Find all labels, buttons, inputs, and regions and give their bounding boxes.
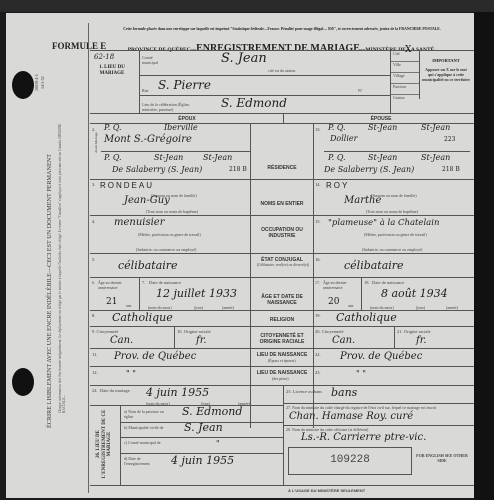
epoux-age-label: Âge au dernier anniversaire xyxy=(98,280,136,290)
lieu-naissance-label: LIEU DE NAISSANCE xyxy=(252,352,312,358)
code-number: 62-18 xyxy=(94,53,114,61)
epoux-date-naissance: 12 juillet 1933 xyxy=(156,287,237,300)
type-canton[interactable]: Canton xyxy=(391,95,419,105)
citoyennete-label: CITOYENNETÉ ET ORIGINE RACIALE xyxy=(252,333,312,345)
epoux-religion: Catholique xyxy=(112,311,173,324)
epoux-avant-comte: Iberville xyxy=(164,123,198,132)
naissance-label: ÂGE ET DATE DE NAISSANCE xyxy=(252,294,312,306)
epoux-orig-label: Origine raciale xyxy=(184,329,211,334)
epoux-apres-rue: De Salaberry (S. Jean) xyxy=(112,165,202,174)
form-reference-2: 14-5-52 xyxy=(40,76,45,89)
epouse-apres-no: 218 B xyxy=(442,166,460,173)
epoux-apres-no: 218 B xyxy=(229,166,247,173)
comte-municipal-value: " xyxy=(216,439,220,448)
punch-hole xyxy=(12,368,34,396)
avant-label: Avant Mariage xyxy=(94,132,98,153)
epouse-apres-comte: St-Jean xyxy=(368,153,397,162)
rue-value: S. Pierre xyxy=(158,78,211,92)
epoux-avant-province: P. Q. xyxy=(104,123,122,132)
etat-sublabel: (Célibataire, veuf(ve) ou divorcé(e)) xyxy=(256,263,310,268)
form-reference: 10039-4-5 xyxy=(34,74,39,91)
epouse-age: 20 xyxy=(328,297,339,307)
celebration-value: S. Edmond xyxy=(221,96,287,110)
type-cite[interactable]: CitéX xyxy=(391,51,419,62)
scan-top-border xyxy=(0,0,494,12)
epouse-apres-rue: De Salaberry (S. Jean) xyxy=(324,165,414,174)
comte-value: S. Jean xyxy=(221,51,267,66)
epoux-industrie-label: (Industrie, ou commerce ou employé) xyxy=(136,247,196,252)
noms-label: NOMS EN ENTIER xyxy=(252,201,312,207)
epoux-avant-rue: Mont S.-Grégoire xyxy=(104,134,192,145)
lieu-naissance-peres-label: LIEU DE NAISSANCE xyxy=(252,370,312,376)
officiant-value: Ls.-R. Carrierre ptre-vic. xyxy=(301,432,426,443)
comte-municipal-label: c) Comté municipal de xyxy=(124,440,164,445)
cite-label: cité ou du canton xyxy=(268,68,295,73)
epouse-date-naissance: 8 août 1934 xyxy=(381,287,448,300)
epouse-citoyennete: Can. xyxy=(332,335,355,346)
permanent-document-notice: ÉCRIRE LISIBLEMENT AVEC UNE ENCRE INDÉLÉ… xyxy=(46,154,53,428)
celebration-label: Lieu de la célébration (Église, ministèr… xyxy=(142,102,202,112)
epoux-date-label: Date de naissance xyxy=(149,280,181,285)
epouse-orig-label: Origine raciale xyxy=(404,329,431,334)
epouse-apres-province: P. Q. xyxy=(328,153,346,162)
epouse-avant-rue: Dollier xyxy=(330,134,357,143)
epouse-industrie-label: (Industrie, ou commerce ou employé) xyxy=(362,247,422,252)
type-ville[interactable]: Ville xyxy=(391,62,419,73)
date-mariage-value: 4 juin 1955 xyxy=(146,386,209,399)
residence-label: RÉSIDENCE xyxy=(252,165,312,171)
epouse-avant-comte: St-Jean xyxy=(368,123,397,132)
municipalite-label: b) Municipalité civile de xyxy=(124,425,164,430)
checked-mark: X xyxy=(405,48,411,53)
english-notice: FOR ENGLISH SEE OTHER SIDE xyxy=(414,453,470,463)
epoux-prenom: Jean-Guy xyxy=(124,195,170,206)
epoux-lieu-naissance-pere: " " xyxy=(126,369,136,378)
epoux-apres-municipalite: St-Jean xyxy=(203,153,232,162)
date-mariage-label: Date du mariage xyxy=(100,388,130,393)
date-enregistrement-value: 4 juin 1955 xyxy=(171,454,234,467)
bans-label: Licence ou bans xyxy=(293,389,322,394)
epoux-apres-comte: St-Jean xyxy=(154,153,183,162)
ministre-value: Chan. Hamase Roy. curé xyxy=(289,411,413,422)
ministry-use-label: À L'USAGE DU MINISTÈRE SEULEMENT xyxy=(288,488,365,493)
epoux-occupation: menuisier xyxy=(114,217,165,228)
epouse-lieu-naissance: Prov. de Québec xyxy=(340,351,422,362)
epouse-apres-municipalite: St-Jean xyxy=(421,153,450,162)
epouse-avant-municipalite: St-Jean xyxy=(421,123,450,132)
epouse-metier-label: (Métier, profession ou genre de travail) xyxy=(364,232,427,237)
punch-hole xyxy=(12,71,34,99)
occupation-label: OCCUPATION OU INDUSTRIE xyxy=(252,227,312,239)
municipality-type-list: CitéX Ville Village Paroisse Canton xyxy=(391,51,419,105)
paroisse-label: a) Nom de la paroisse ou église xyxy=(124,409,164,419)
rue-label: Rue xyxy=(142,88,148,93)
lieu-naissance-peres-sublabel: (des pères) xyxy=(272,377,289,382)
lieu-naissance-sublabel: (Époux et épouse) xyxy=(268,359,296,364)
epoux-nom: RONDEAU xyxy=(100,181,154,190)
type-paroisse[interactable]: Paroisse xyxy=(391,84,419,95)
lieu-section-label: 1. LIEU DU MARIAGE xyxy=(92,65,132,76)
epoux-apres-province: P. Q. xyxy=(104,153,122,162)
epoux-age: 21 xyxy=(106,297,117,307)
type-village[interactable]: Village xyxy=(391,73,419,84)
epoux-etat: célibataire xyxy=(118,259,178,272)
epouse-prenom: Marthe xyxy=(344,195,381,206)
religion-label: RELIGION xyxy=(252,317,312,323)
date-enregistrement-label: d) Date de l'enregistrement xyxy=(124,456,164,466)
epouse-religion: Catholique xyxy=(336,311,397,324)
epoux-origine: fr. xyxy=(196,335,207,346)
important-text: Apposer un X sur le mot qui s'applique à… xyxy=(422,67,470,82)
postal-notice: Cette formule placée dans une enveloppe … xyxy=(102,27,462,32)
epouse-lieu-naissance-pere: " " xyxy=(356,369,366,378)
epouse-prenom-label: (Tout nom ou noms de baptême) xyxy=(366,209,418,214)
epoux-metier-label: (Métier, profession ou genre de travail) xyxy=(138,232,201,237)
epouse-cit-label: Citoyenneté xyxy=(322,329,344,334)
municipalite-value: S. Jean xyxy=(184,421,223,434)
epoux-header: ÉPOUX xyxy=(92,116,282,122)
epouse-origine: fr. xyxy=(416,335,427,346)
marriage-registration-form: FORMULE E 10039-4-5 14-5-52 ÉCRIRE LISIB… xyxy=(6,13,474,498)
epouse-avant-no: 223 xyxy=(444,136,455,143)
epouse-header: ÉPOUSE xyxy=(286,116,476,122)
registration-number-box: 109228 xyxy=(288,447,412,475)
paroisse-value: S. Edmond xyxy=(182,405,242,418)
epoux-prenom-label: (Tout nom ou noms de baptême) xyxy=(146,209,198,214)
comte-label: Comté municipal xyxy=(142,55,158,65)
scan-right-border xyxy=(474,12,494,500)
no-label: N° xyxy=(358,88,363,93)
epoux-cit-label: Citoyenneté xyxy=(97,329,119,334)
epoux-citoyennete: Can. xyxy=(110,335,133,346)
registration-number: 109228 xyxy=(289,454,411,466)
epouse-etat: célibataire xyxy=(344,259,404,272)
ministre-label: Nom du ministre du culte chargé du regis… xyxy=(292,405,436,410)
epouse-age-label: Âge au dernier anniversaire xyxy=(323,280,359,290)
epoux-lieu-naissance: Prov. de Québec xyxy=(114,351,196,362)
enregistrement-label: 26. LIEU DE L'ENREGISTREMENT DE CE MARIA… xyxy=(96,405,113,483)
instructions-note: Chaque information doit être donnée inté… xyxy=(58,113,66,413)
epouse-date-label: Date de naissance xyxy=(372,280,404,285)
important-title: IMPORTANT xyxy=(422,58,470,63)
epouse-avant-province: P. Q. xyxy=(328,123,346,132)
epouse-occupation: "plameuse" à la Chatelain xyxy=(328,218,439,228)
epouse-nom: ROY xyxy=(326,181,349,190)
margin-divider xyxy=(88,23,89,493)
bans-value: bans xyxy=(331,386,357,399)
